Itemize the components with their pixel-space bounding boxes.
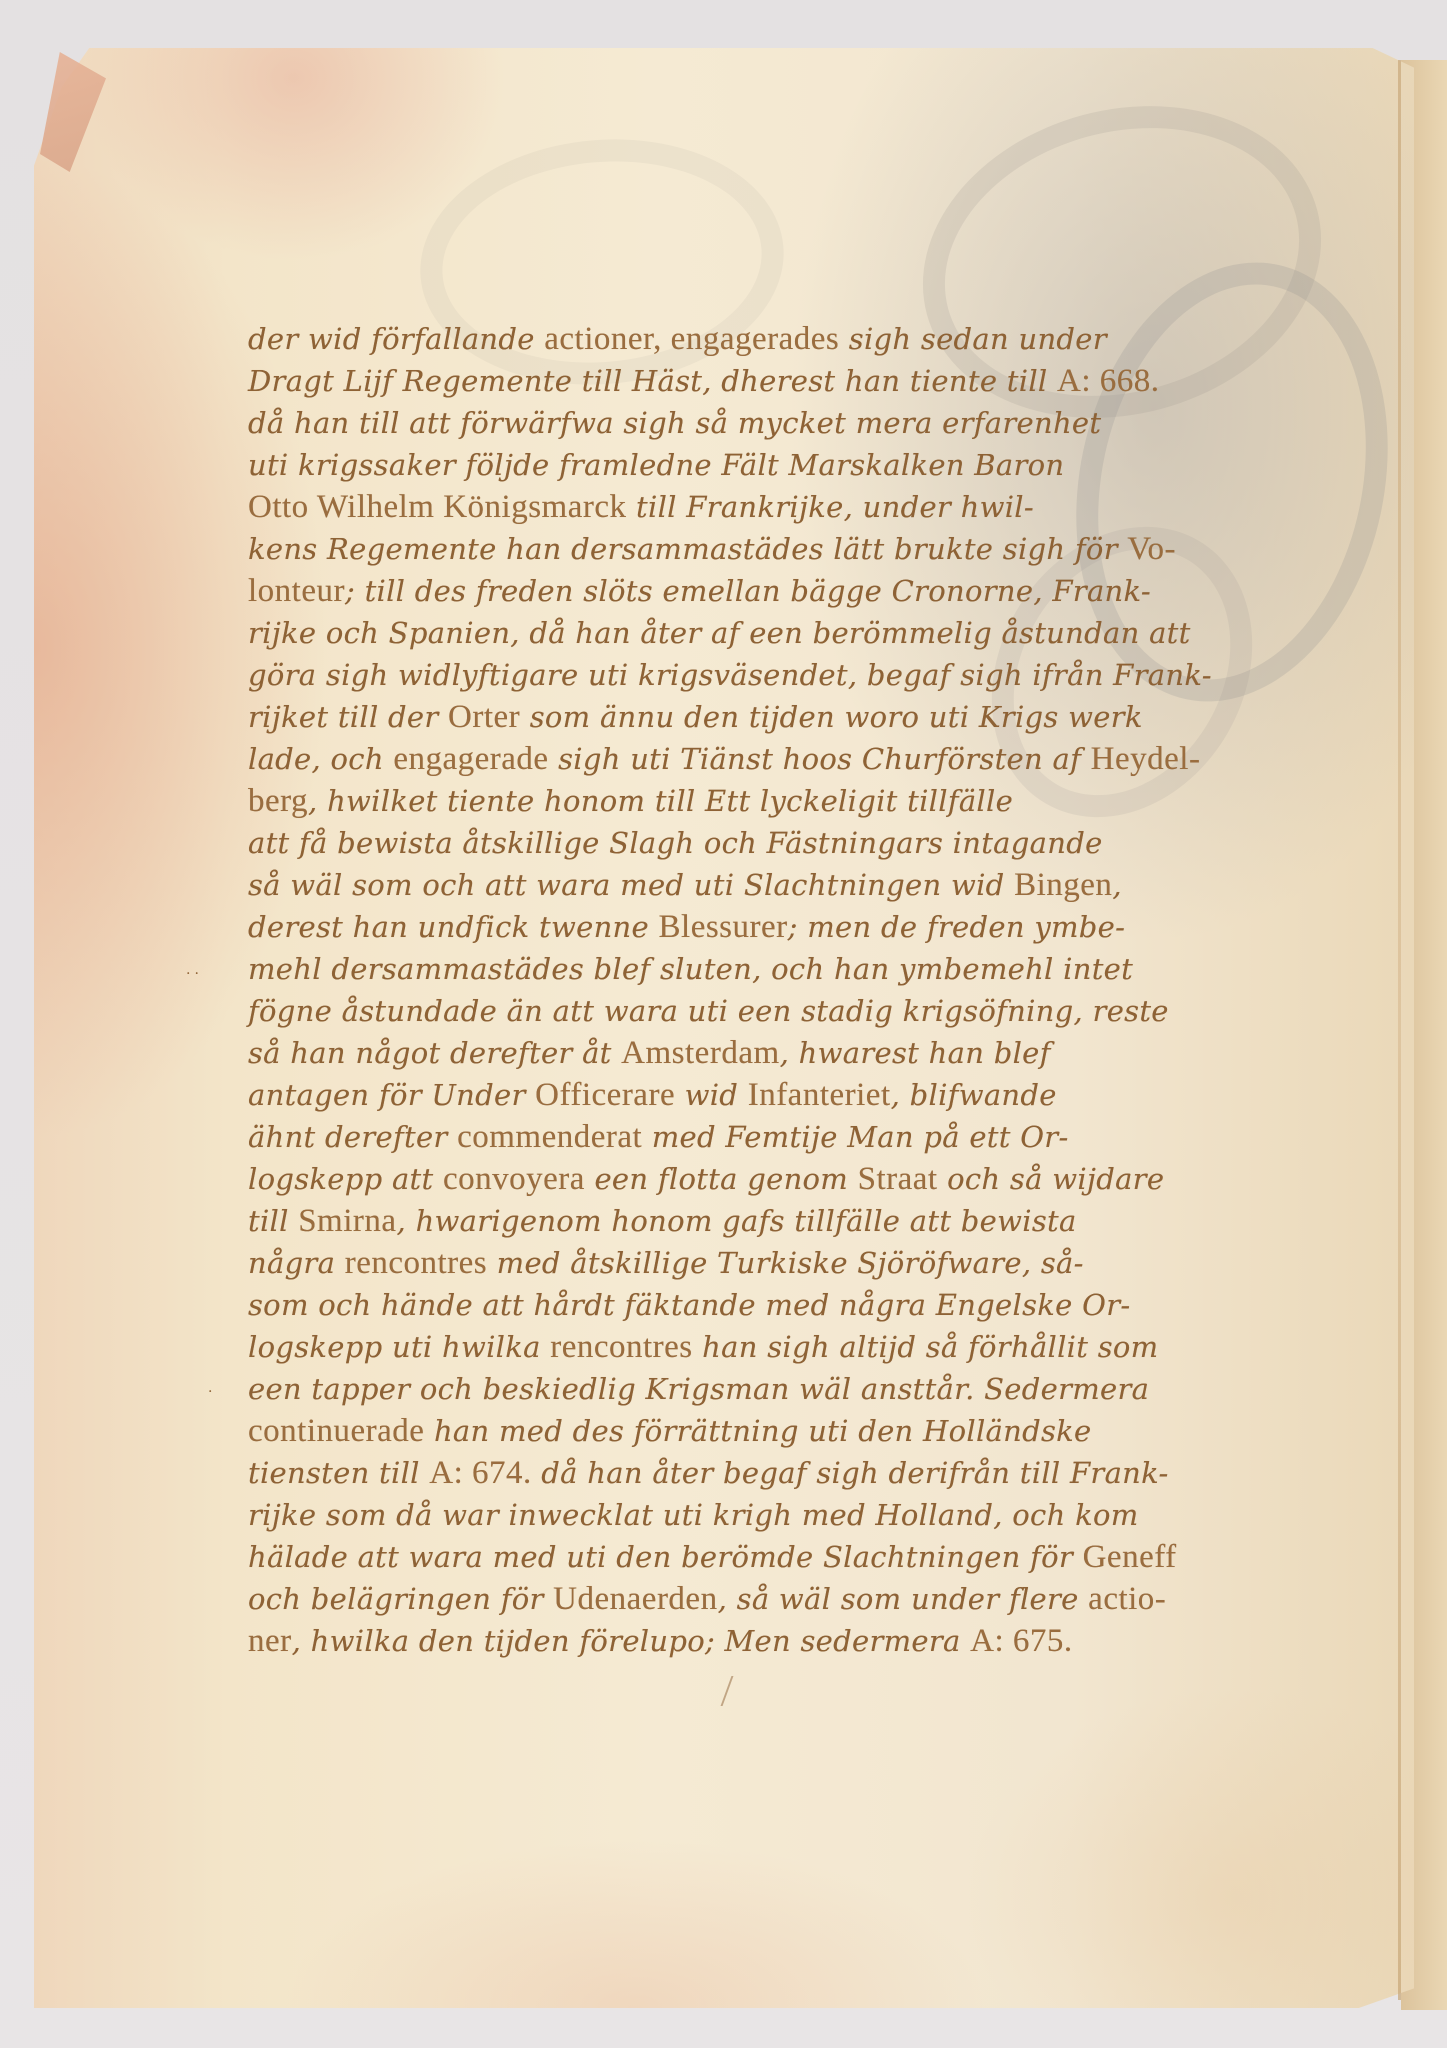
roman-hand-text: actioner, engagerades — [544, 321, 839, 357]
roman-hand-text: rencontres — [550, 1329, 692, 1365]
cursive-text: med Femtije Man på ett Or- — [642, 1120, 1068, 1154]
cursive-text: hälade att wara med uti den berömde Slac… — [248, 1540, 1083, 1574]
manuscript-line: göra sigh widlyftigare uti krigsväsendet… — [248, 654, 1308, 696]
roman-hand-text: Smirna — [298, 1203, 396, 1239]
roman-hand-text: Udenaerden — [553, 1581, 717, 1617]
cursive-text: derest han undfick twenne — [248, 910, 659, 944]
cursive-text: , hwilket tiente honom till Ett lyckelig… — [308, 784, 1013, 818]
cursive-text: mehl dersammastädes blef sluten, och han… — [248, 952, 1133, 986]
manuscript-line: Otto Wilhelm Königsmarck till Frankrijke… — [248, 486, 1308, 528]
manuscript-line: några rencontres med åtskillige Turkiske… — [248, 1242, 1308, 1284]
cursive-text: uti krigssaker följde framledne Fält Mar… — [248, 448, 1064, 482]
cursive-text: rijke som då war inwecklat uti krigh med… — [248, 1498, 1139, 1532]
roman-hand-text: berg — [248, 783, 308, 819]
manuscript-line: antagen för Under Officerare wid Infante… — [248, 1074, 1308, 1116]
cursive-text: kens Regemente han dersammastädes lätt b… — [248, 532, 1127, 566]
manuscript-line: berg, hwilket tiente honom till Ett lyck… — [248, 780, 1308, 822]
cursive-text: een tapper och beskiedlig Krigsman wäl a… — [248, 1372, 1149, 1406]
roman-hand-text: Heydel- — [1091, 741, 1201, 777]
cursive-text: fögne åstundade än att wara uti een stad… — [248, 994, 1169, 1028]
roman-hand-text: Infanteriet — [748, 1077, 891, 1113]
cursive-text: som och hände att hårdt fäktande med någ… — [248, 1288, 1130, 1322]
manuscript-line: och belägringen för Udenaerden, så wäl s… — [248, 1578, 1308, 1620]
roman-hand-text: actio- — [1088, 1581, 1166, 1617]
manuscript-line: så wäl som och att wara med uti Slachtni… — [248, 864, 1308, 906]
manuscript-line: så han något derefter åt Amsterdam, hwar… — [248, 1032, 1308, 1074]
manuscript-line: fögne åstundade än att wara uti een stad… — [248, 990, 1308, 1032]
manuscript-text-block: der wid förfallande actioner, engagerade… — [248, 318, 1308, 1662]
cursive-text: wid — [675, 1078, 748, 1112]
roman-hand-text: ner — [248, 1623, 292, 1659]
cursive-text: logskepp att — [248, 1162, 443, 1196]
cursive-text: , hwarigenom honom gafs tillfälle att be… — [397, 1204, 1077, 1238]
manuscript-line: uti krigssaker följde framledne Fält Mar… — [248, 444, 1308, 486]
cursive-text: der wid förfallande — [248, 322, 544, 356]
cursive-text: som ännu den tijden woro uti Krigs werk — [520, 700, 1143, 734]
manuscript-line: der wid förfallande actioner, engagerade… — [248, 318, 1308, 360]
roman-hand-text: continuerade — [248, 1413, 424, 1449]
roman-hand-text: Vo- — [1127, 531, 1176, 567]
roman-hand-text: Straat — [858, 1161, 938, 1197]
roman-hand-text: Geneff — [1083, 1539, 1177, 1575]
roman-hand-text: lonteur — [248, 573, 345, 609]
manuscript-line: kens Regemente han dersammastädes lätt b… — [248, 528, 1308, 570]
cursive-text: då han åter begaf sigh derifrån till Fra… — [532, 1456, 1169, 1490]
cursive-text: antagen för Under — [248, 1078, 535, 1112]
cursive-text: till — [248, 1204, 298, 1238]
roman-hand-text: A: 674. — [429, 1455, 532, 1491]
cursive-text: han med des förrättning uti den Holländs… — [424, 1414, 1091, 1448]
roman-hand-text: Otto Wilhelm Königsmarck — [248, 489, 627, 525]
manuscript-line: logskepp att convoyera een flotta genom … — [248, 1158, 1308, 1200]
cursive-text: rijke och Spanien, då han åter af een be… — [248, 616, 1191, 650]
cursive-text: till Frankrijke, under hwil- — [627, 490, 1034, 524]
cursive-text: göra sigh widlyftigare uti krigsväsendet… — [248, 658, 1212, 692]
cursive-text: , så wäl som under flere — [718, 1582, 1089, 1616]
cursive-text: , blifwande — [891, 1078, 1057, 1112]
manuscript-line: då han till att förwärfwa sigh så mycket… — [248, 402, 1308, 444]
cursive-text: några — [248, 1246, 345, 1280]
manuscript-line: tiensten till A: 674. då han åter begaf … — [248, 1452, 1308, 1494]
cursive-text: med åtskillige Turkiske Sjöröfware, så- — [487, 1246, 1084, 1280]
cursive-text: een flotta genom — [585, 1162, 858, 1196]
roman-hand-text: engagerade — [393, 741, 548, 777]
cursive-text: lade, och — [248, 742, 393, 776]
manuscript-line: mehl dersammastädes blef sluten, och han… — [248, 948, 1308, 990]
manuscript-line: rijket till der Orter som ännu den tijde… — [248, 696, 1308, 738]
cursive-text: sigh sedan under — [839, 322, 1107, 356]
cursive-text: han sigh altijd så förhållit som — [693, 1330, 1159, 1364]
cursive-text: så han något derefter åt — [248, 1036, 621, 1070]
manuscript-line: ähnt derefter commenderat med Femtije Ma… — [248, 1116, 1308, 1158]
manuscript-line: rijke och Spanien, då han åter af een be… — [248, 612, 1308, 654]
cursive-text: , — [1112, 868, 1122, 902]
binding-gutter — [1398, 60, 1401, 2000]
manuscript-line: derest han undfick twenne Blessurer; men… — [248, 906, 1308, 948]
cursive-text: logskepp uti hwilka — [248, 1330, 550, 1364]
cursive-text: och så wijdare — [938, 1162, 1165, 1196]
roman-hand-text: commenderat — [457, 1119, 642, 1155]
roman-hand-text: Blessurer — [659, 909, 788, 945]
cursive-text: ähnt derefter — [248, 1120, 457, 1154]
roman-hand-text: Orter — [448, 699, 520, 735]
manuscript-line: logskepp uti hwilka rencontres han sigh … — [248, 1326, 1308, 1368]
cursive-text: Dragt Lijf Regemente till Häst, dherest … — [248, 364, 1057, 398]
manuscript-line: rijke som då war inwecklat uti krigh med… — [248, 1494, 1308, 1536]
manuscript-line: ner, hwilka den tijden förelupo; Men sed… — [248, 1620, 1308, 1662]
manuscript-line: lade, och engagerade sigh uti Tiänst hoo… — [248, 738, 1308, 780]
roman-hand-text: rencontres — [345, 1245, 487, 1281]
margin-dot: · — [208, 1384, 212, 1400]
cursive-text: tiensten till — [248, 1456, 429, 1490]
roman-hand-text: A: 668. — [1057, 363, 1160, 399]
manuscript-line: som och hände att hårdt fäktande med någ… — [248, 1284, 1308, 1326]
roman-hand-text: Amsterdam — [621, 1035, 779, 1071]
roman-hand-text: convoyera — [443, 1161, 585, 1197]
manuscript-line: lonteur; till des freden slöts emellan b… — [248, 570, 1308, 612]
manuscript-line: hälade att wara med uti den berömde Slac… — [248, 1536, 1308, 1578]
manuscript-line: continuerade han med des förrättning uti… — [248, 1410, 1308, 1452]
cursive-text: rijket till der — [248, 700, 448, 734]
roman-hand-text: Bingen — [1014, 867, 1112, 903]
cursive-text: ; men de freden ymbe- — [788, 910, 1126, 944]
manuscript-line: een tapper och beskiedlig Krigsman wäl a… — [248, 1368, 1308, 1410]
manuscript-line: Dragt Lijf Regemente till Häst, dherest … — [248, 360, 1308, 402]
roman-hand-text: A: 675. — [970, 1623, 1073, 1659]
cursive-text: sigh uti Tiänst hoos Churförsten af — [549, 742, 1091, 776]
margin-mark: .. — [186, 962, 203, 978]
cursive-text: ; till des freden slöts emellan bägge Cr… — [345, 574, 1151, 608]
cursive-text: och belägringen för — [248, 1582, 553, 1616]
manuscript-line: till Smirna, hwarigenom honom gafs tillf… — [248, 1200, 1308, 1242]
cursive-text: att få bewista åtskillige Slagh och Fäst… — [248, 826, 1103, 860]
cursive-text: så wäl som och att wara med uti Slachtni… — [248, 868, 1014, 902]
cursive-text: , hwarest han blef — [780, 1036, 1051, 1070]
roman-hand-text: Officerare — [535, 1077, 675, 1113]
cursive-text: , hwilka den tijden förelupo; Men sederm… — [292, 1624, 971, 1658]
manuscript-line: att få bewista åtskillige Slagh och Fäst… — [248, 822, 1308, 864]
cursive-text: då han till att förwärfwa sigh så mycket… — [248, 406, 1101, 440]
